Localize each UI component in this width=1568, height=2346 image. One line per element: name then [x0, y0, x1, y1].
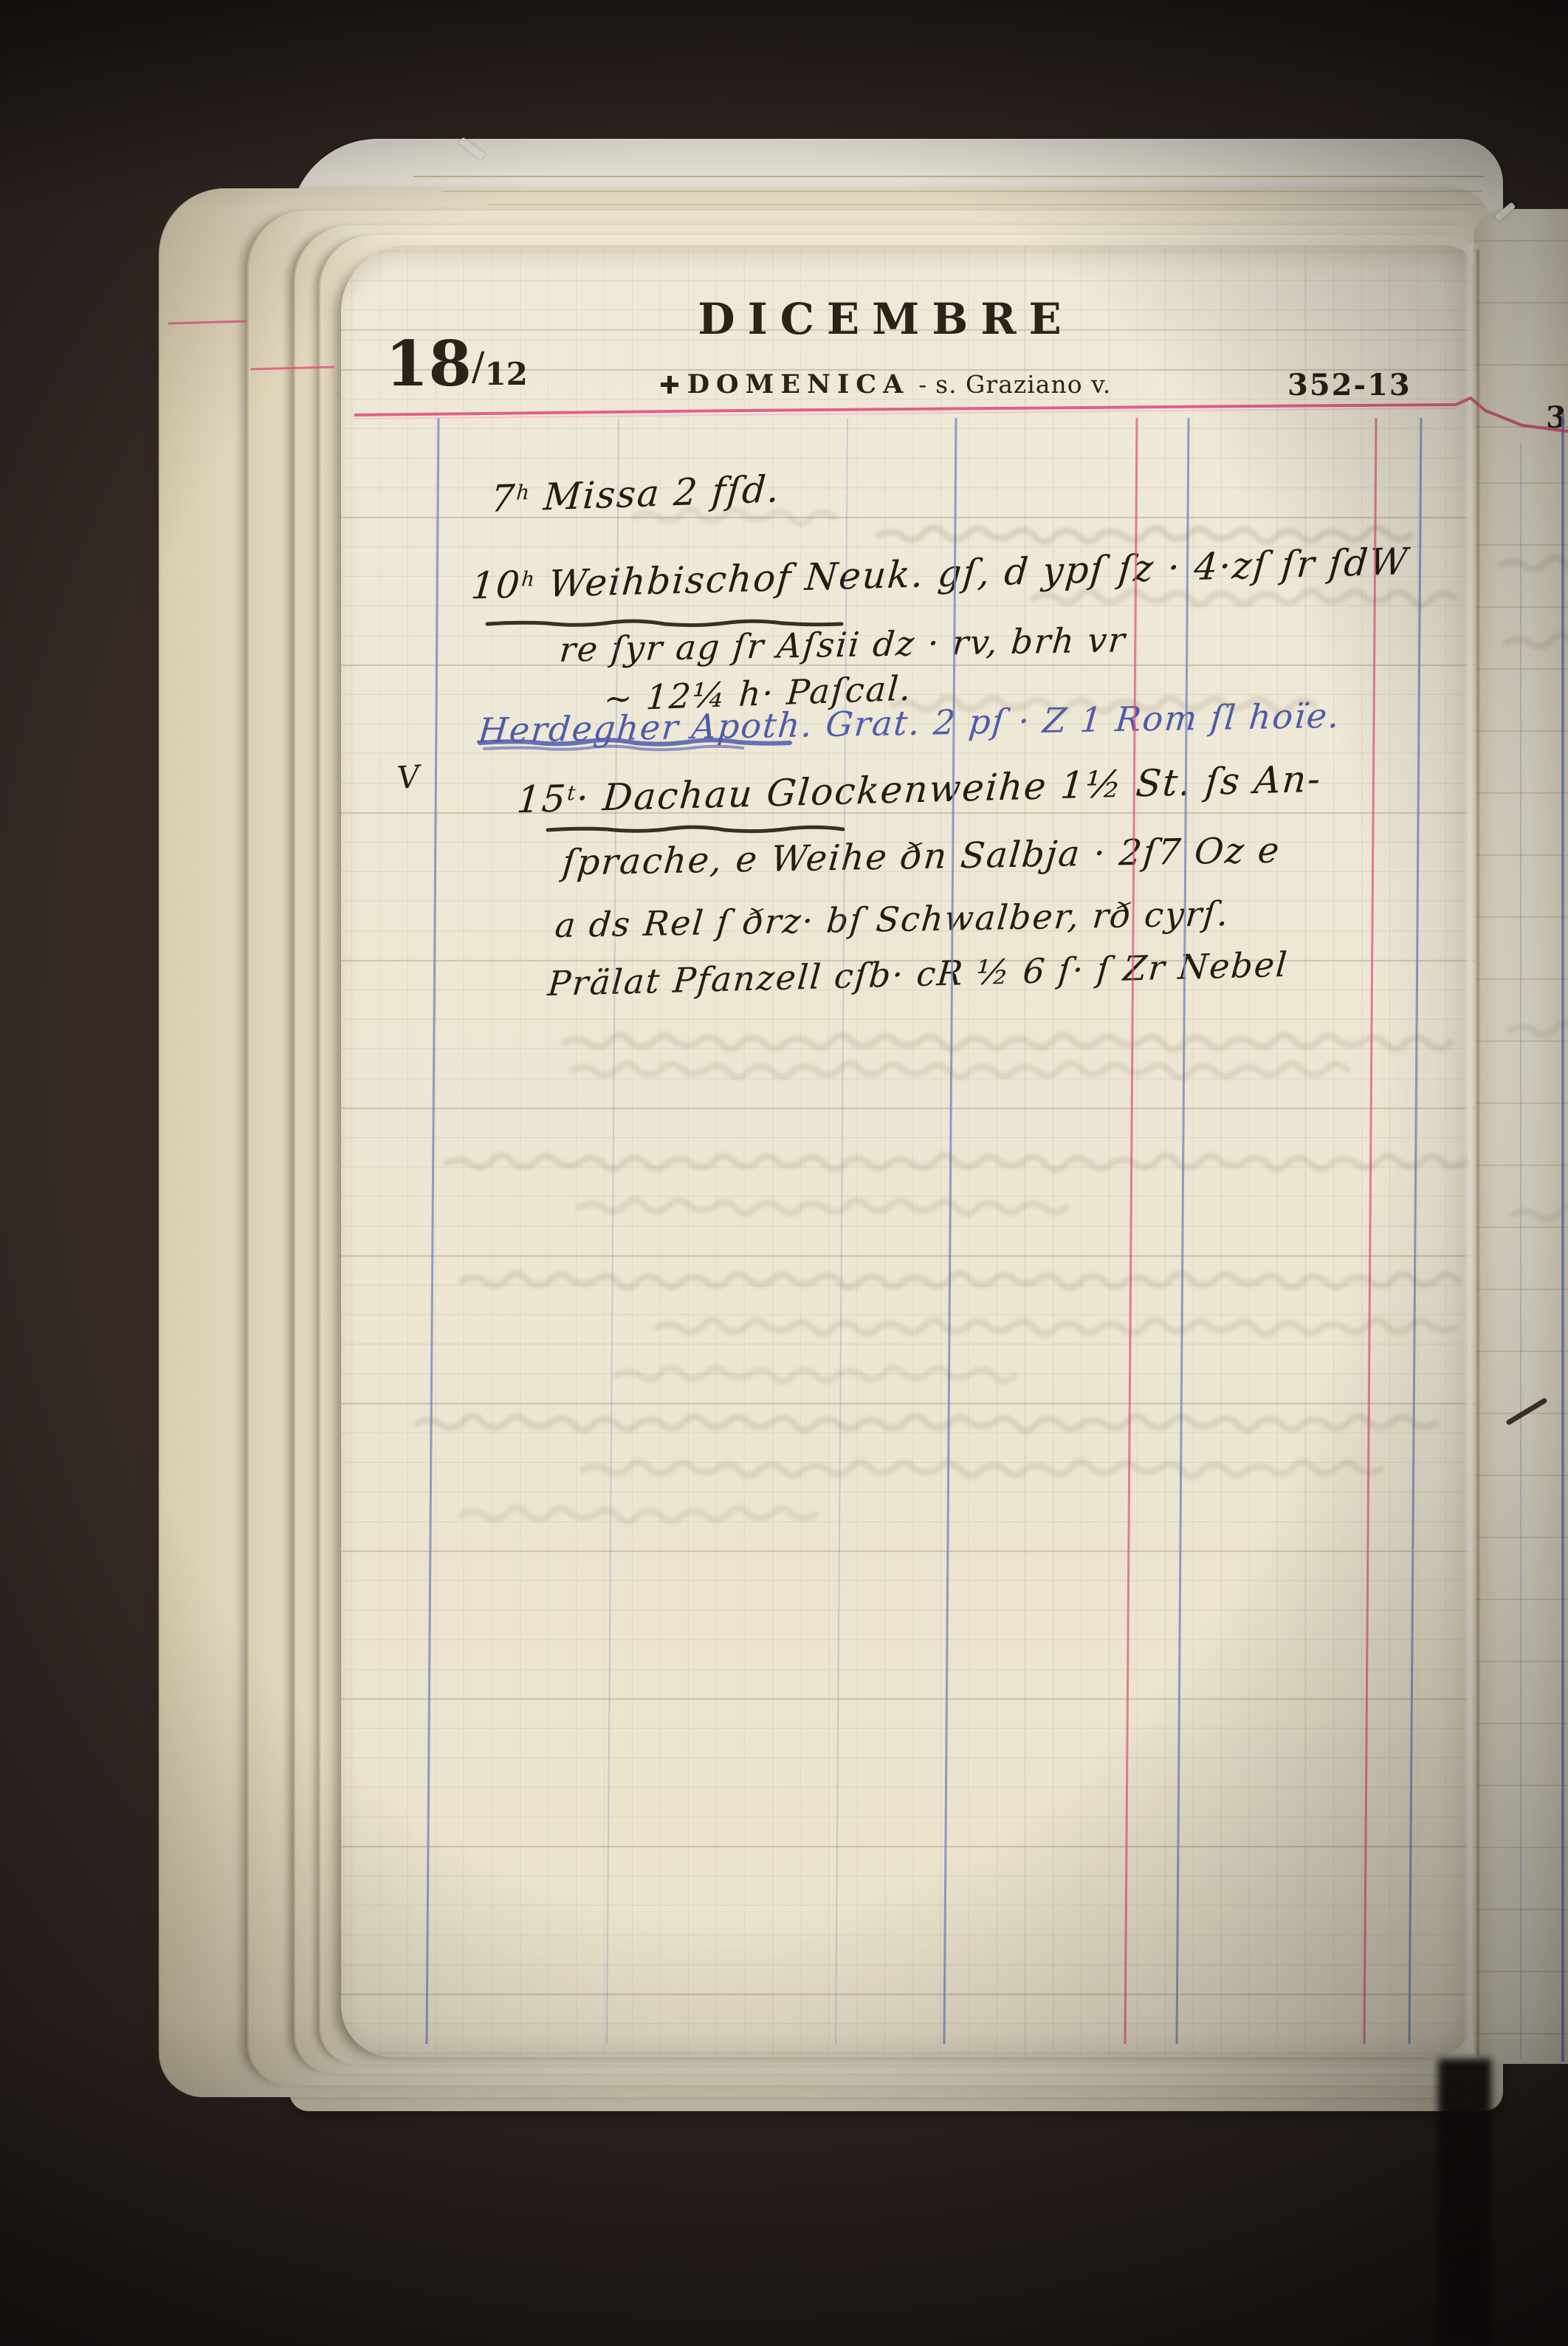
- handwriting-line: 15t· Dachau Glockenweihe 1½ St. ſs An-: [515, 758, 1323, 822]
- handwriting-line: 10h Weihbischof Neuk. gſ, d ypſ ſz · 4·z…: [470, 540, 1411, 607]
- handwriting-line: a ds Rel ſ ðrz· bſ Schwalber, rð cyrſ.: [554, 894, 1231, 945]
- photo-background: { "left_page": { "month_header": "DICEMB…: [0, 0, 1568, 2346]
- handwriting-line: Prälat Pfanzell cſb· cR ½ 6 ſ· ſ Zr Nebe…: [546, 944, 1290, 1004]
- handwriting-line: 7h Missa 2 fſd.: [489, 467, 782, 521]
- handwriting-line: ſprache, e Weihe ðn Salbja · 2ſ7 Oz e: [561, 829, 1282, 883]
- handwriting-line: re ſyr ag ſr Aſsii dz · rv, brh vr: [558, 620, 1128, 669]
- handwriting-layer: 7h Missa 2 fſd.10h Weihbischof Neuk. gſ,…: [0, 0, 1568, 2346]
